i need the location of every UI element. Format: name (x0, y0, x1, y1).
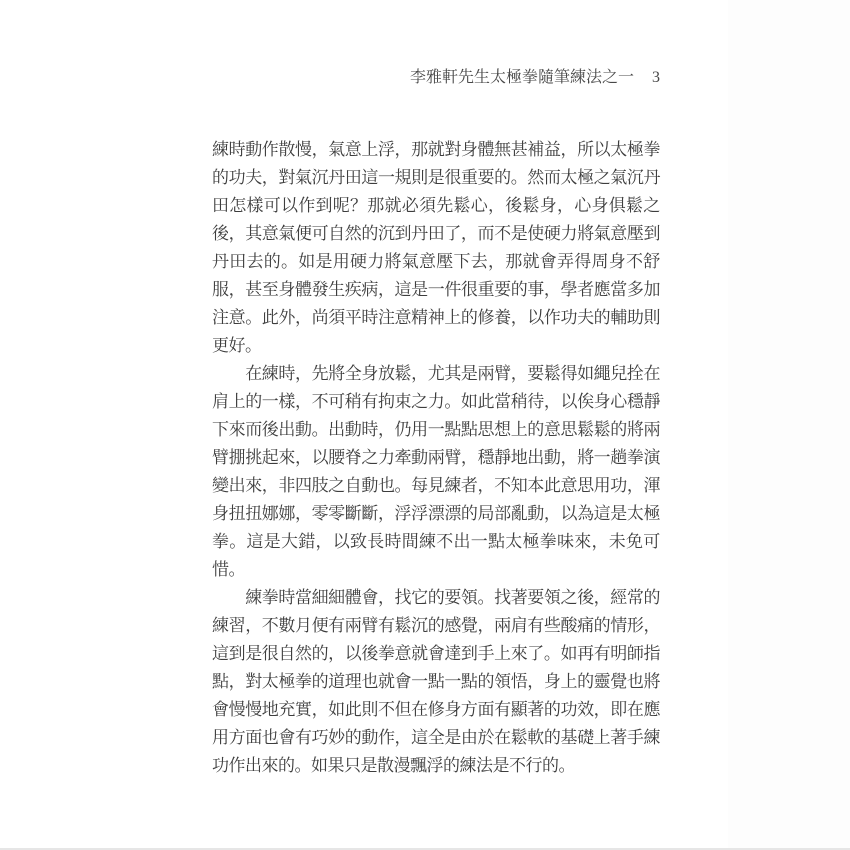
text-line: 服，甚至身體發生疾病，這是一件很重要的事，學者應當多加 (212, 276, 660, 304)
text-line: 練習，不數月便有兩臂有鬆沉的感覺，兩肩有些酸痛的情形， (212, 612, 660, 640)
text-line: 後，其意氣便可自然的沉到丹田了，而不是使硬力將氣意壓到 (212, 220, 660, 248)
text-line: 在練時，先將全身放鬆，尤其是兩臂，要鬆得如繩兒拴在 (212, 360, 660, 388)
text-line: 這到是很自然的，以後拳意就會達到手上來了。如再有明師指 (212, 640, 660, 668)
running-header: 李雅軒先生太極拳隨筆練法之一3 (410, 64, 660, 92)
text-line: 惜。 (212, 556, 660, 584)
text-line: 下來而後出動。出動時，仍用一點點思想上的意思鬆鬆的將兩 (212, 416, 660, 444)
page-number: 3 (652, 64, 660, 92)
book-page: 李雅軒先生太極拳隨筆練法之一3 練時動作散慢，氣意上浮，那就對身體無甚補益，所以… (0, 0, 850, 850)
scan-artifact-right (728, 0, 850, 850)
text-line: 拳。這是大錯，以致長時間練不出一點太極拳味來，未免可 (212, 528, 660, 556)
indent-cell (212, 584, 229, 612)
indent-cell (229, 360, 246, 388)
indent-cell (229, 584, 246, 612)
text-line: 更好。 (212, 332, 660, 360)
text-line: 練拳時當細細體會，找它的要領。找著要領之後，經常的 (212, 584, 660, 612)
text-line: 用方面也會有巧妙的動作，這全是由於在鬆軟的基礎上著手練 (212, 724, 660, 752)
text-line: 的功夫，對氣沉丹田這一規則是很重要的。然而太極之氣沉丹 (212, 164, 660, 192)
text-line: 身扭扭娜娜，零零斷斷，浮浮漂漂的局部亂動，以為這是太極 (212, 500, 660, 528)
text-line: 變出來，非四肢之自動也。每見練者，不知本此意思用功，渾 (212, 472, 660, 500)
text-line: 注意。此外，尚須平時注意精神上的修養，以作功夫的輔助則 (212, 304, 660, 332)
indent-cell (212, 360, 229, 388)
text-line: 功作出來的。如果只是散漫飄浮的練法是不行的。 (212, 752, 660, 780)
text-line: 田怎樣可以作到呢？那就必須先鬆心，後鬆身，心身俱鬆之 (212, 192, 660, 220)
text-line: 丹田去的。如是用硬力將氣意壓下去，那就會弄得周身不舒 (212, 248, 660, 276)
text-line: 肩上的一樣，不可稍有拘束之力。如此當稍待，以俟身心穩靜 (212, 388, 660, 416)
text-line: 會慢慢地充實，如此則不但在修身方面有顯著的功效，即在應 (212, 696, 660, 724)
text-line: 點，對太極拳的道理也就會一點一點的領悟，身上的靈覺也將 (212, 668, 660, 696)
text-line: 練時動作散慢，氣意上浮，那就對身體無甚補益，所以太極拳 (212, 136, 660, 164)
text-line: 臂掤挑起來，以腰脊之力牽動兩臂，穩靜地出動，將一趟拳演 (212, 444, 660, 472)
header-title: 李雅軒先生太極拳隨筆練法之一 (410, 69, 634, 86)
text-block: 練時動作散慢，氣意上浮，那就對身體無甚補益，所以太極拳的功夫，對氣沉丹田這一規則… (212, 136, 660, 780)
